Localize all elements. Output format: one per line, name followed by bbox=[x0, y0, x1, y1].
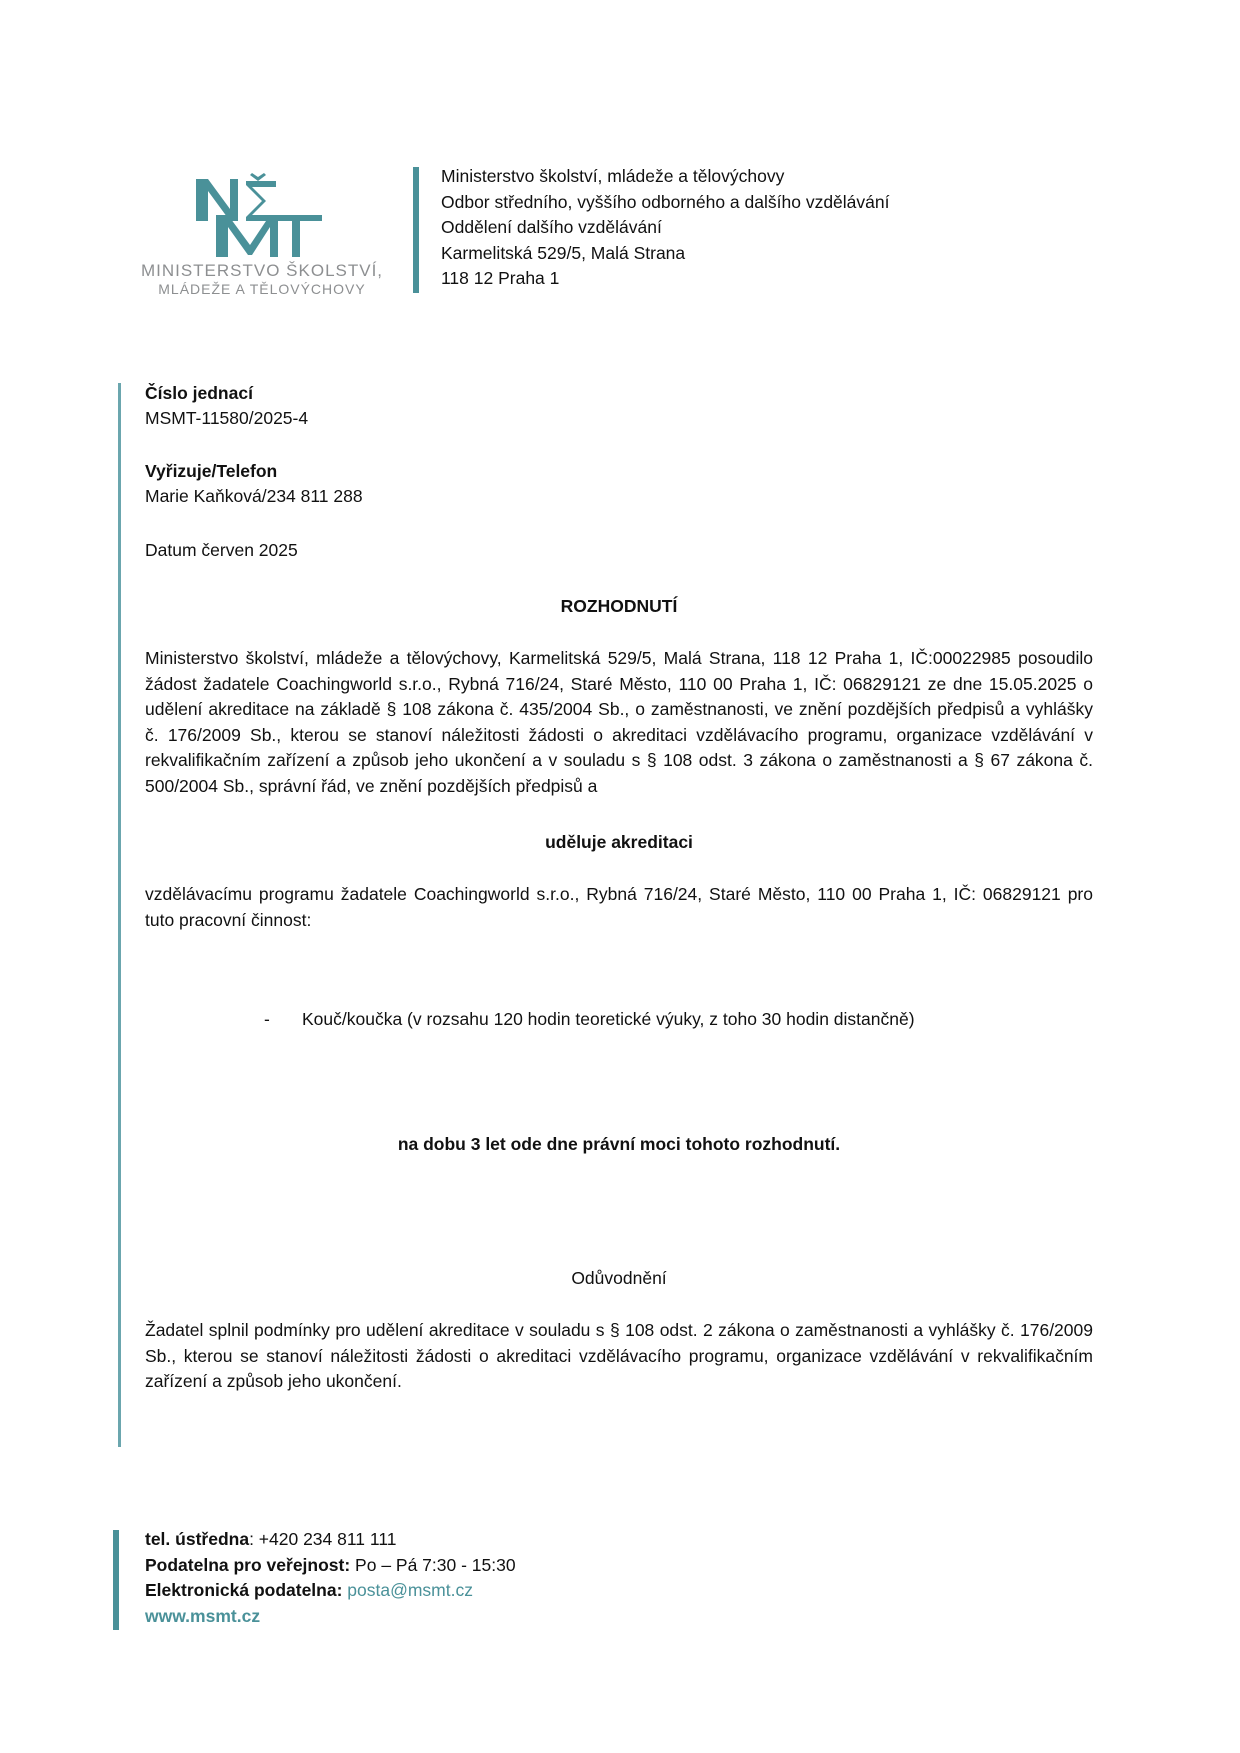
sender-line: Karmelitská 529/5, Malá Strana bbox=[441, 241, 889, 267]
logo-line-1: MINISTERSTVO ŠKOLSTVÍ, bbox=[124, 261, 400, 281]
left-margin-rule bbox=[118, 383, 121, 1447]
footer-contacts: tel. ústředna: +420 234 811 111 Podateln… bbox=[145, 1527, 516, 1629]
grant-statement: uděluje akreditaci bbox=[145, 832, 1093, 853]
handler-block: Vyřizuje/Telefon Marie Kaňková/234 811 2… bbox=[145, 459, 363, 509]
sender-line: Ministerstvo školství, mládeže a tělovýc… bbox=[441, 164, 889, 190]
header-divider bbox=[413, 167, 419, 293]
handler-contact: Marie Kaňková/234 811 288 bbox=[145, 484, 363, 509]
reasoning-title: Odůvodnění bbox=[145, 1268, 1093, 1289]
reference-block: Číslo jednací MSMT-11580/2025-4 bbox=[145, 381, 308, 431]
ministry-logo: MINISTERSTVO ŠKOLSTVÍ, MLÁDEŽE A TĚLOVÝC… bbox=[124, 165, 400, 305]
list-dash: - bbox=[264, 1009, 302, 1030]
reference-label: Číslo jednací bbox=[145, 381, 308, 406]
program-text: vzdělávacímu programu žadatele Coachingw… bbox=[145, 882, 1093, 933]
intro-text: Ministerstvo školství, mládeže a tělovýc… bbox=[145, 646, 1093, 799]
footer-office-hours: Podatelna pro veřejnost: Po – Pá 7:30 - … bbox=[145, 1553, 516, 1579]
footer-phone: tel. ústředna: +420 234 811 111 bbox=[145, 1527, 516, 1553]
accreditation-duration: na dobu 3 let ode dne právní moci tohoto… bbox=[145, 1134, 1093, 1155]
sender-line: 118 12 Praha 1 bbox=[441, 266, 889, 292]
document-date: Datum červen 2025 bbox=[145, 538, 298, 563]
handler-label: Vyřizuje/Telefon bbox=[145, 459, 363, 484]
footer-divider bbox=[113, 1530, 119, 1630]
sender-line: Oddělení dalšího vzdělávání bbox=[441, 215, 889, 241]
intro-paragraph: Ministerstvo školství, mládeže a tělovýc… bbox=[145, 646, 1093, 799]
logo-line-2: MLÁDEŽE A TĚLOVÝCHOVY bbox=[124, 281, 400, 298]
reasoning-text: Žadatel splnil podmínky pro udělení akre… bbox=[145, 1318, 1093, 1395]
sender-line: Odbor středního, vyššího odborného a dal… bbox=[441, 190, 889, 216]
sender-address: Ministerstvo školství, mládeže a tělovýc… bbox=[441, 164, 889, 292]
activity-text: Kouč/koučka (v rozsahu 120 hodin teoreti… bbox=[302, 1009, 915, 1029]
email-link[interactable]: posta@msmt.cz bbox=[342, 1580, 473, 1600]
reference-number: MSMT-11580/2025-4 bbox=[145, 406, 308, 431]
program-paragraph: vzdělávacímu programu žadatele Coachingw… bbox=[145, 882, 1093, 933]
reasoning-paragraph: Žadatel splnil podmínky pro udělení akre… bbox=[145, 1318, 1093, 1395]
website-link[interactable]: www.msmt.cz bbox=[145, 1604, 516, 1630]
msmt-monogram-icon bbox=[194, 171, 324, 261]
decision-title: ROZHODNUTÍ bbox=[145, 596, 1093, 617]
footer-e-registry: Elektronická podatelna: posta@msmt.cz bbox=[145, 1578, 516, 1604]
accredited-activity: -Kouč/koučka (v rozsahu 120 hodin teoret… bbox=[264, 1009, 915, 1030]
